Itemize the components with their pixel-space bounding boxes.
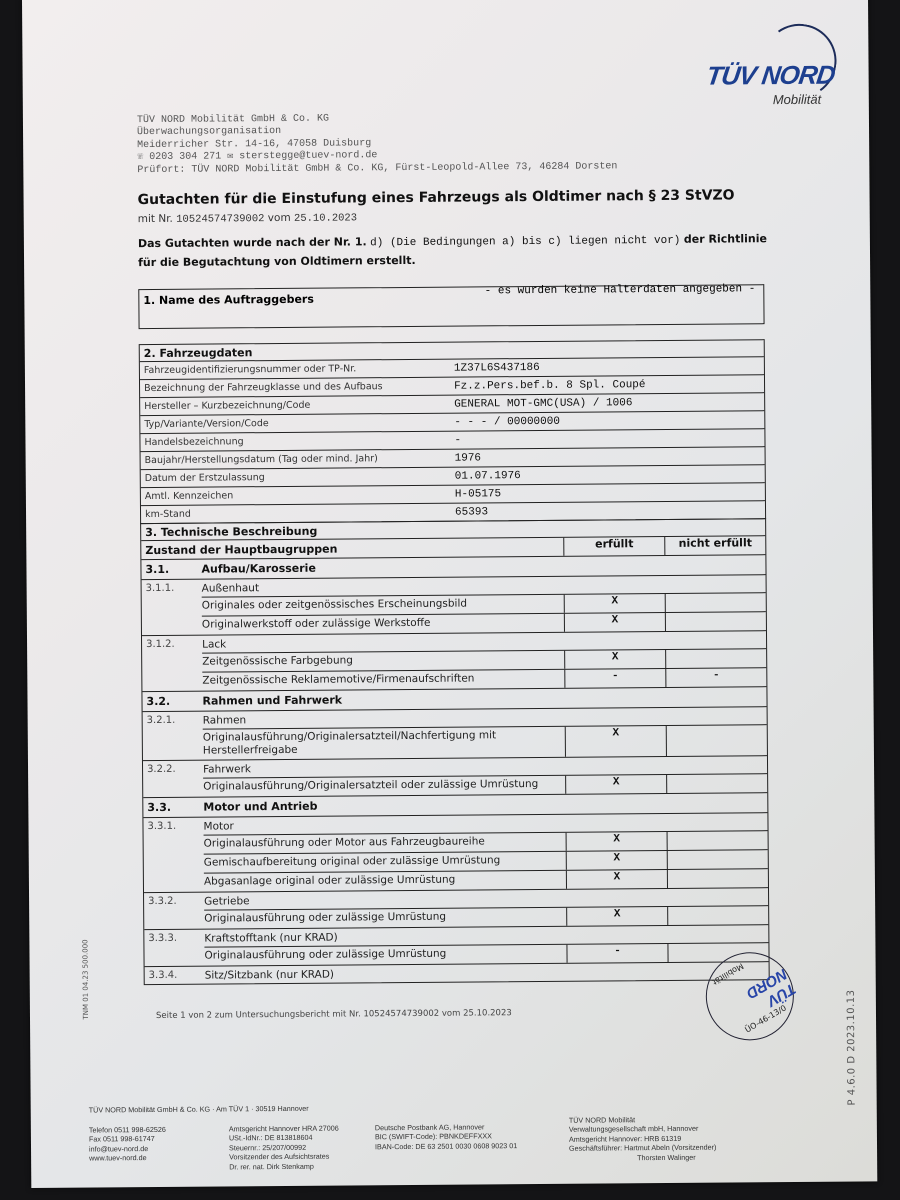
subgroup-title: Sitz/Sitzbank (nur KRAD) <box>205 962 769 983</box>
not-fulfilled-mark <box>666 725 767 756</box>
not-fulfilled-mark <box>665 593 766 612</box>
footer-line: Dr. rer. nat. Dirk Stenkamp <box>229 1161 339 1171</box>
check-item-text: Originales oder zeitgenössisches Erschei… <box>202 595 564 616</box>
group-number: 3.1. <box>141 560 201 579</box>
section-technical: 3. Technische Beschreibung Zustand der H… <box>140 518 770 985</box>
technical-subheading: Zustand der Hauptbaugruppen <box>141 538 563 559</box>
document-title: Gutachten für die Einstufung eines Fahrz… <box>138 187 735 208</box>
check-item-text: Zeitgenössische Farbgebung <box>202 651 564 672</box>
check-item-text: Originalausführung oder zulässige Umrüst… <box>204 908 566 929</box>
vehicle-data-label: Bezeichnung der Fahrzeugklasse und des A… <box>140 381 454 394</box>
subgroup-number: 3.3.4. <box>145 967 205 984</box>
check-item-text: Abgasanlage original oder zulässige Umrü… <box>204 871 566 892</box>
vehicle-data-label: Typ/Variante/Version/Code <box>140 417 454 430</box>
fulfilled-mark: X <box>565 726 666 757</box>
col-not-fulfilled: nicht erfüllt <box>664 536 765 555</box>
check-item-text: Originalausführung/Originalersatzteil od… <box>203 776 565 797</box>
intro-mono: d) (Die Bedingungen a) bis c) liegen nic… <box>370 235 680 249</box>
document-page: TÜV NORD Mobilität TÜV NORD Mobilität Gm… <box>22 0 877 1188</box>
vehicle-data-label: km-Stand <box>141 507 455 520</box>
group-title: Aufbau/Karosserie <box>201 559 316 579</box>
fulfilled-mark: X <box>566 851 667 870</box>
vehicle-data-label: Datum der Erstzulassung <box>141 471 455 484</box>
check-item-text: Originalausführung oder zulässige Umrüst… <box>204 945 566 966</box>
vehicle-data-value: H-05175 <box>455 488 501 500</box>
fulfilled-mark: - <box>566 944 667 963</box>
vehicle-data-value: - - - / 00000000 <box>454 415 560 428</box>
subgroup-number: 3.1.2. <box>142 636 202 691</box>
fulfilled-mark: X <box>564 613 665 632</box>
intro-text: Das Gutachten wurde nach der Nr. 1. d) (… <box>138 230 778 272</box>
footer-management: TÜV NORD Mobilität Verwaltungsgesellscha… <box>569 1115 717 1163</box>
subgroup-number: 3.3.3. <box>144 930 204 966</box>
group-title: Rahmen und Fahrwerk <box>202 691 342 711</box>
footer-company: TÜV NORD Mobilität GmbH & Co. KG · Am TÜ… <box>89 1104 309 1115</box>
vehicle-data-value: 1Z37L6S437186 <box>454 361 540 374</box>
logo-brand: TÜV NORD <box>705 60 837 92</box>
subgroup: 3.3.3. Kraftstofftank (nur KRAD) Origina… <box>144 924 768 966</box>
vehicle-data-value: 01.07.1976 <box>455 470 521 483</box>
check-item: Originalausführung/Originalersatzteil/Na… <box>203 724 767 759</box>
subgroup: 3.1.1. Außenhaut Originales oder zeitgen… <box>142 574 766 635</box>
subgroup: 3.2.1. Rahmen Originalausführung/Origina… <box>143 706 767 760</box>
vehicle-data-value: 1976 <box>455 452 481 464</box>
form-code-right: P 4.6.0 D 2023.10.13 <box>846 990 858 1106</box>
not-fulfilled-mark <box>667 831 768 850</box>
not-fulfilled-mark <box>665 612 766 631</box>
not-fulfilled-mark <box>667 850 768 869</box>
subgroup: 3.2.2. Fahrwerk Originalausführung/Origi… <box>143 755 767 797</box>
section-vehicle-data: 2. Fahrzeugdaten Fahrzeugidentifizierung… <box>139 339 766 524</box>
footer-line: Thorsten Walinger <box>569 1152 716 1163</box>
subgroup-number: 3.1.1. <box>142 580 202 635</box>
section-client-heading: 1. Name des Auftraggebers <box>143 293 314 307</box>
fulfilled-mark: X <box>564 650 665 669</box>
fulfilled-mark: X <box>566 870 667 889</box>
fulfilled-mark: - <box>564 669 665 688</box>
subgroup: 3.1.2. Lack Zeitgenössische Farbgebung X… <box>142 630 766 691</box>
vehicle-data-value: - <box>454 434 461 446</box>
footer-contact: Telefon 0511 998-62526 Fax 0511 998-6174… <box>89 1125 166 1163</box>
col-fulfilled: erfüllt <box>563 537 664 556</box>
vehicle-data-value: Fz.z.Pers.bef.b. 8 Spl. Coupé <box>454 379 646 393</box>
group-number: 3.2. <box>142 692 202 711</box>
fulfilled-mark: X <box>565 775 666 794</box>
vehicle-data-label: Amtl. Kennzeichen <box>141 489 455 502</box>
footer-bank: Deutsche Postbank AG, Hannover BIC (SWIF… <box>375 1122 517 1151</box>
section-client: 1. Name des Auftraggebers - es wurden ke… <box>138 284 764 329</box>
check-item-text: Originalwerkstoff oder zulässige Werksto… <box>202 614 564 635</box>
subtitle-prefix: mit Nr. <box>138 213 173 225</box>
fulfilled-mark: X <box>564 594 665 613</box>
subgroup-number: 3.3.1. <box>143 818 204 892</box>
check-item-text: Gemischaufbereitung original oder zuläss… <box>204 852 566 873</box>
not-fulfilled-mark <box>667 906 768 925</box>
page-note: Seite 1 von 2 zum Untersuchungsbericht m… <box>156 1008 512 1021</box>
check-item-text: Originalausführung/Originalersatzteil/Na… <box>203 727 565 760</box>
form-code-left: TNM 01 04.23 500.000 <box>81 939 90 1019</box>
subgroup-number: 3.3.2. <box>144 893 204 929</box>
intro-bold-1: Das Gutachten wurde nach der Nr. 1. <box>138 235 367 250</box>
not-fulfilled-mark <box>667 869 768 888</box>
tuev-nord-logo: TÜV NORD Mobilität <box>706 24 837 115</box>
not-fulfilled-mark <box>666 774 767 793</box>
subgroup: 3.3.2. Getriebe Originalausführung oder … <box>144 887 768 929</box>
footer-line: IBAN-Code: DE 63 2501 0030 0608 9023 01 <box>375 1141 517 1152</box>
vehicle-data-label: Hersteller – Kurzbezeichnung/Code <box>140 399 454 412</box>
check-item-text: Originalausführung oder Motor aus Fahrze… <box>204 833 566 854</box>
footer-line: Verwaltungsgesellschaft mbH, Hannover <box>569 1124 716 1135</box>
section-client-value: - es wurden keine Halterdaten angegeben … <box>485 283 756 297</box>
vehicle-data-label: Baujahr/Herstellungsdatum (Tag oder mind… <box>141 453 455 466</box>
vehicle-data-value: 65393 <box>455 506 488 518</box>
vehicle-data-label: Handelsbezeichnung <box>140 435 454 448</box>
group-title: Motor und Antrieb <box>203 797 317 817</box>
subgroup-number: 3.2.1. <box>143 712 203 760</box>
fulfilled-mark: X <box>566 907 667 926</box>
vehicle-data-label: Fahrzeugidentifizierungsnummer oder TP-N… <box>140 363 454 376</box>
footer-line: Vorsitzender des Aufsichtsrates <box>229 1152 339 1162</box>
vehicle-data-value: GENERAL MOT-GMC(USA) / 1006 <box>454 397 632 410</box>
subgroup: 3.3.1. Motor Originalausführung oder Mot… <box>143 812 768 892</box>
check-item-text: Zeitgenössische Reklamemotive/Firmenaufs… <box>202 670 564 691</box>
footer-line: Amtsgericht Hannover HRA 27006 <box>229 1124 339 1134</box>
subgroup-number: 3.2.2. <box>143 761 203 797</box>
sender-address: TÜV NORD Mobilität GmbH & Co. KG Überwac… <box>137 111 618 177</box>
report-number: 10524574739002 <box>176 213 264 226</box>
subtitle-mid: vom <box>268 212 291 224</box>
not-fulfilled-mark <box>665 649 766 668</box>
footer-web-link[interactable]: www.tuev-nord.de <box>89 1153 166 1163</box>
footer-registry: Amtsgericht Hannover HRA 27006 USt.-IdNr… <box>229 1124 339 1172</box>
fulfilled-mark: X <box>566 832 667 851</box>
logo-sub: Mobilität <box>773 92 822 107</box>
document-subtitle: mit Nr. 10524574739002 vom 25.10.2023 <box>138 211 357 226</box>
group-number: 3.3. <box>143 798 203 817</box>
footer-fax: Fax 0511 998-61747 <box>89 1134 166 1144</box>
not-fulfilled-mark: - <box>665 668 766 687</box>
report-date: 25.10.2023 <box>294 212 357 224</box>
